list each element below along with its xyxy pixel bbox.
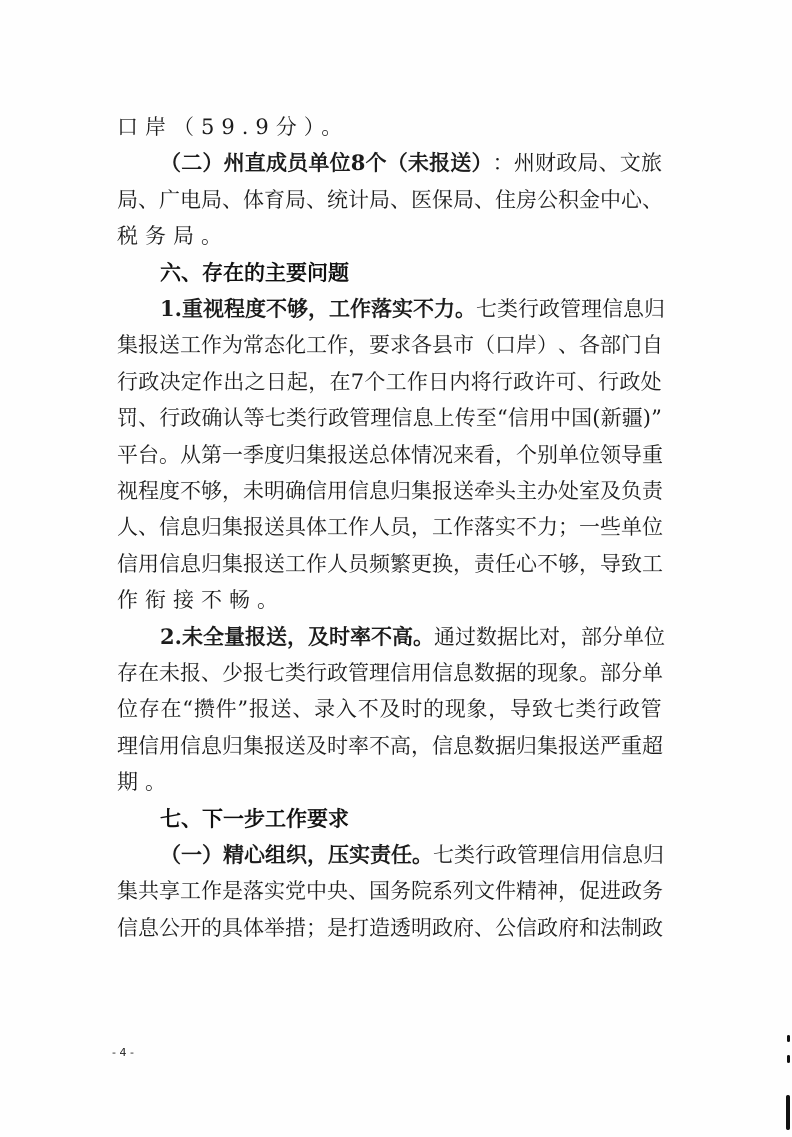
scan-edge-mark [787, 1035, 790, 1042]
text-line: 存在未报、少报七类行政管理信用信息数据的现象。部分单 [117, 658, 662, 688]
text-line: 罚、行政确认等七类行政管理信息上传至“信用中国(新疆)” [117, 403, 662, 433]
text-line: 集报送工作为常态化工作，要求各县市（口岸）、各部门自 [117, 330, 662, 360]
text-line: 行政决定作出之日起，在7个工作日内将行政许可、行政处 [117, 367, 662, 397]
page-number: - 4 - [112, 1046, 134, 1059]
text-line: 位存在“攒件”报送、录入不及时的现象，导致七类行政管 [117, 694, 662, 724]
text-line: 局、广电局、体育局、统计局、医保局、住房公积金中心、 [117, 185, 662, 215]
scan-edge-mark [786, 1095, 790, 1130]
text-line: （一）精心组织，压实责任。七类行政管理信用信息归 [160, 840, 662, 870]
document-page: 口岸（59.9分）。（二）州直成员单位8个（未报送）：州财政局、文旅局、广电局、… [0, 0, 792, 1137]
text-line: 期。 [117, 767, 662, 797]
text-line: 口岸（59.9分）。 [117, 112, 662, 142]
section-heading: 六、存在的主要问题 [160, 258, 349, 288]
text-line: 信用信息归集报送工作人员频繁更换，责任心不够，导致工 [117, 549, 662, 579]
text-line: 视程度不够，未明确信用信息归集报送牵头主办处室及负责 [117, 476, 662, 506]
text-line: 人、信息归集报送具体工作人员，工作落实不力；一些单位 [117, 512, 662, 542]
text-line: 税务局。 [117, 221, 662, 251]
text-line: 2.未全量报送，及时率不高。通过数据比对，部分单位 [160, 622, 662, 652]
text-line: 1.重视程度不够，工作落实不力。七类行政管理信息归 [160, 294, 662, 324]
text-line: 平台。从第一季度归集报送总体情况来看，个别单位领导重 [117, 440, 662, 470]
text-line: （二）州直成员单位8个（未报送）：州财政局、文旅 [160, 148, 662, 178]
text-line: 作衔接不畅。 [117, 585, 662, 615]
text-line: 理信用信息归集报送及时率不高，信息数据归集报送严重超 [117, 731, 662, 761]
text-line: 集共享工作是落实党中央、国务院系列文件精神，促进政务 [117, 876, 662, 906]
section-heading: 七、下一步工作要求 [160, 804, 349, 834]
scan-edge-mark [787, 1055, 790, 1063]
text-line: 信息公开的具体举措；是打造透明政府、公信政府和法制政 [117, 913, 662, 943]
